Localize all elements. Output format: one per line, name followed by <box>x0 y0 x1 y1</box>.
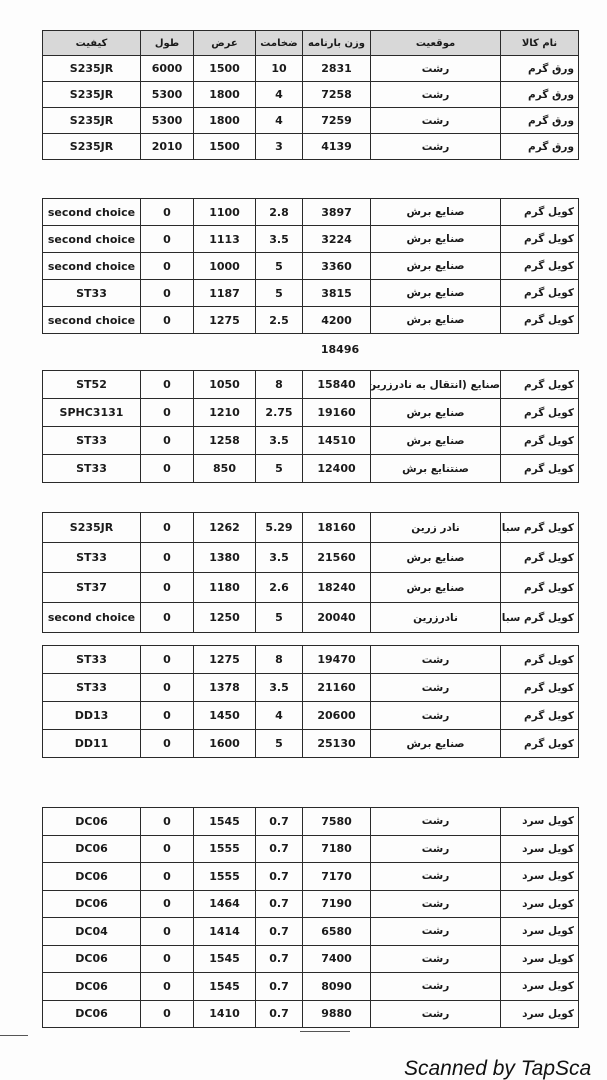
cell-length: 0 <box>141 808 194 836</box>
cell-width: 1555 <box>194 835 256 863</box>
cell-waybill-weight: 21160 <box>303 674 371 702</box>
cell-thickness: 8 <box>256 371 303 399</box>
cell-width: 1250 <box>194 603 256 633</box>
table-row: second choice012752.54200صنایع برشکویل گ… <box>43 307 579 334</box>
cell-product-name: کویل گرم <box>501 702 579 730</box>
cell-length: 0 <box>141 1000 194 1028</box>
cell-waybill-weight: 20600 <box>303 702 371 730</box>
table-row: DC06014640.77190رشتکویل سرد <box>43 890 579 918</box>
cell-grade: SPHC3131 <box>43 399 141 427</box>
table-row: second choice011002.83897صنایع برشکویل گ… <box>43 199 579 226</box>
cell-grade: ST33 <box>43 455 141 483</box>
cell-product-name: کویل سرد <box>501 918 579 946</box>
cell-product-name: کویل گرم <box>501 730 579 758</box>
cell-product-name: کویل گرم <box>501 543 579 573</box>
scan-artifact-line <box>300 1031 350 1032</box>
cell-product-name: کویل گرم <box>501 399 579 427</box>
cell-location: رشت <box>371 82 501 108</box>
cell-waybill-weight: 19470 <box>303 646 371 674</box>
cell-width: 1100 <box>194 199 256 226</box>
cell-thickness: 0.7 <box>256 835 303 863</box>
cell-product-name: کویل سرد <box>501 973 579 1001</box>
cell-thickness: 3.5 <box>256 226 303 253</box>
table-row: ST33013783.521160رشتکویل گرم <box>43 674 579 702</box>
cell-product-name: ورق گرم <box>501 82 579 108</box>
table-row: DC06015550.77180رشتکویل سرد <box>43 835 579 863</box>
cell-product-name: کویل گرم <box>501 280 579 307</box>
cell-waybill-weight: 2831 <box>303 56 371 82</box>
cell-location: صنایع برش <box>371 253 501 280</box>
cell-grade: second choice <box>43 307 141 334</box>
cell-length: 6000 <box>141 56 194 82</box>
cell-width: 1450 <box>194 702 256 730</box>
table-row: ST33012583.514510صنایع برشکویل گرم <box>43 427 579 455</box>
cell-grade: second choice <box>43 226 141 253</box>
cell-width: 1500 <box>194 134 256 160</box>
header-row: کیفیت طول عرض ضخامت وزن بارنامه موقعیت ن… <box>43 31 579 56</box>
table-row: S235JR5300180047258رشتورق گرم <box>43 82 579 108</box>
cell-grade: ST33 <box>43 646 141 674</box>
cell-waybill-weight: 20040 <box>303 603 371 633</box>
cell-thickness: 4 <box>256 702 303 730</box>
table-row: second choice0100053360صنایع برشکویل گرم <box>43 253 579 280</box>
cell-thickness: 3.5 <box>256 674 303 702</box>
table-hot-coil-3: S235JR012625.2918160نادر زرینکویل گرم سب… <box>42 512 579 633</box>
cell-length: 0 <box>141 399 194 427</box>
cell-product-name: کویل گرم سبا <box>501 603 579 633</box>
cell-waybill-weight: 7259 <box>303 108 371 134</box>
cell-waybill-weight: 8090 <box>303 973 371 1001</box>
table-row: DD1101600525130صنایع برشکویل گرم <box>43 730 579 758</box>
cell-width: 1414 <box>194 918 256 946</box>
table-row: ST37011802.618240صنایع برشکویل گرم <box>43 573 579 603</box>
cell-grade: S235JR <box>43 108 141 134</box>
cell-length: 0 <box>141 918 194 946</box>
cell-length: 0 <box>141 455 194 483</box>
cell-grade: DD11 <box>43 730 141 758</box>
cell-location: رشت <box>371 973 501 1001</box>
cell-width: 1187 <box>194 280 256 307</box>
cell-width: 1050 <box>194 371 256 399</box>
cell-waybill-weight: 3897 <box>303 199 371 226</box>
table-hot-sheet: کیفیت طول عرض ضخامت وزن بارنامه موقعیت ن… <box>42 30 579 160</box>
cell-waybill-weight: 7190 <box>303 890 371 918</box>
table-row: S235JR012625.2918160نادر زرینکویل گرم سب… <box>43 513 579 543</box>
table-row: S235JR2010150034139رشتورق گرم <box>43 134 579 160</box>
cell-length: 0 <box>141 280 194 307</box>
table-row: ST330850512400صنتنایع برشکویل گرم <box>43 455 579 483</box>
cell-length: 0 <box>141 226 194 253</box>
table-row: ST33013803.521560صنایع برشکویل گرم <box>43 543 579 573</box>
cell-product-name: کویل سرد <box>501 863 579 891</box>
cell-waybill-weight: 3224 <box>303 226 371 253</box>
cell-location: صنایع (انتقال به نادرزرین) <box>371 371 501 399</box>
cell-product-name: کویل گرم <box>501 455 579 483</box>
cell-location: صنایع برش <box>371 280 501 307</box>
cell-product-name: کویل گرم <box>501 253 579 280</box>
cell-thickness: 0.7 <box>256 863 303 891</box>
table-row: DC04014140.76580رشتکویل سرد <box>43 918 579 946</box>
cell-product-name: کویل سرد <box>501 1000 579 1028</box>
cell-thickness: 0.7 <box>256 973 303 1001</box>
cell-location: صنایع برش <box>371 226 501 253</box>
cell-location: رشت <box>371 134 501 160</box>
cell-width: 1800 <box>194 82 256 108</box>
cell-thickness: 5 <box>256 730 303 758</box>
cell-grade: ST33 <box>43 674 141 702</box>
cell-width: 1545 <box>194 973 256 1001</box>
cell-grade: DD13 <box>43 702 141 730</box>
cell-thickness: 3.5 <box>256 427 303 455</box>
header-grade: کیفیت <box>43 31 141 56</box>
cell-location: رشت <box>371 1000 501 1028</box>
cell-width: 1275 <box>194 646 256 674</box>
cell-location: صنایع برش <box>371 730 501 758</box>
header-waybill-weight: وزن بارنامه <box>303 31 371 56</box>
cell-length: 0 <box>141 371 194 399</box>
cell-width: 1545 <box>194 808 256 836</box>
cell-waybill-weight: 15840 <box>303 371 371 399</box>
cell-location: نادر زرین <box>371 513 501 543</box>
header-width: عرض <box>194 31 256 56</box>
cell-location: صنایع برش <box>371 427 501 455</box>
header-thickness: ضخامت <box>256 31 303 56</box>
cell-location: صنایع برش <box>371 307 501 334</box>
cell-thickness: 0.7 <box>256 808 303 836</box>
cell-width: 1180 <box>194 573 256 603</box>
cell-grade: second choice <box>43 253 141 280</box>
cell-thickness: 5 <box>256 253 303 280</box>
table-row: ST3301275819470رشتکویل گرم <box>43 646 579 674</box>
cell-waybill-weight: 7400 <box>303 945 371 973</box>
cell-location: رشت <box>371 808 501 836</box>
cell-waybill-weight: 4200 <box>303 307 371 334</box>
cell-grade: DC06 <box>43 835 141 863</box>
cell-thickness: 4 <box>256 82 303 108</box>
cell-thickness: 5 <box>256 280 303 307</box>
cell-location: رشت <box>371 646 501 674</box>
cell-grade: second choice <box>43 603 141 633</box>
cell-grade: ST33 <box>43 427 141 455</box>
cell-location: صنایع برش <box>371 573 501 603</box>
cell-waybill-weight: 7170 <box>303 863 371 891</box>
cell-waybill-weight: 3815 <box>303 280 371 307</box>
cell-length: 0 <box>141 513 194 543</box>
cell-thickness: 5.29 <box>256 513 303 543</box>
table-row: DC06015450.77400رشتکویل سرد <box>43 945 579 973</box>
cell-length: 0 <box>141 603 194 633</box>
cell-waybill-weight: 12400 <box>303 455 371 483</box>
cell-length: 0 <box>141 307 194 334</box>
header-product-name: نام کالا <box>501 31 579 56</box>
cell-length: 0 <box>141 674 194 702</box>
cell-grade: S235JR <box>43 82 141 108</box>
table-row: second choice01250520040نادرزرینکویل گرم… <box>43 603 579 633</box>
cell-waybill-weight: 14510 <box>303 427 371 455</box>
cell-waybill-weight: 7180 <box>303 835 371 863</box>
cell-length: 5300 <box>141 82 194 108</box>
cell-width: 1258 <box>194 427 256 455</box>
scanner-watermark: Scanned by TapSca <box>404 1057 591 1080</box>
table-row: DC06014100.79880رشتکویل سرد <box>43 1000 579 1028</box>
table-row: S235JR60001500102831رشتورق گرم <box>43 56 579 82</box>
cell-thickness: 0.7 <box>256 890 303 918</box>
cell-waybill-weight: 21560 <box>303 543 371 573</box>
cell-width: 1464 <box>194 890 256 918</box>
cell-width: 850 <box>194 455 256 483</box>
subtotal-weight: 18496 <box>310 343 370 356</box>
cell-grade: S235JR <box>43 134 141 160</box>
cell-product-name: کویل گرم <box>501 427 579 455</box>
cell-waybill-weight: 7258 <box>303 82 371 108</box>
table-row: SPHC3131012102.7519160صنایع برشکویل گرم <box>43 399 579 427</box>
cell-location: رشت <box>371 108 501 134</box>
cell-grade: DC06 <box>43 973 141 1001</box>
cell-product-name: ورق گرم <box>501 134 579 160</box>
cell-product-name: کویل سرد <box>501 808 579 836</box>
cell-length: 0 <box>141 945 194 973</box>
cell-thickness: 4 <box>256 108 303 134</box>
cell-product-name: ورق گرم <box>501 108 579 134</box>
cell-grade: ST33 <box>43 280 141 307</box>
cell-length: 0 <box>141 573 194 603</box>
cell-length: 0 <box>141 646 194 674</box>
cell-length: 0 <box>141 730 194 758</box>
cell-waybill-weight: 25130 <box>303 730 371 758</box>
cell-width: 1410 <box>194 1000 256 1028</box>
cell-width: 1500 <box>194 56 256 82</box>
cell-location: رشت <box>371 863 501 891</box>
cell-location: رشت <box>371 945 501 973</box>
cell-length: 0 <box>141 702 194 730</box>
cell-product-name: ورق گرم <box>501 56 579 82</box>
table-row: DD1301450420600رشتکویل گرم <box>43 702 579 730</box>
cell-width: 1262 <box>194 513 256 543</box>
cell-waybill-weight: 19160 <box>303 399 371 427</box>
cell-thickness: 2.6 <box>256 573 303 603</box>
cell-grade: S235JR <box>43 56 141 82</box>
cell-location: نادرزرین <box>371 603 501 633</box>
cell-waybill-weight: 18160 <box>303 513 371 543</box>
cell-grade: second choice <box>43 199 141 226</box>
cell-length: 0 <box>141 427 194 455</box>
cell-width: 1545 <box>194 945 256 973</box>
cell-thickness: 2.8 <box>256 199 303 226</box>
cell-grade: DC06 <box>43 808 141 836</box>
table-hot-coil-1: second choice011002.83897صنایع برشکویل گ… <box>42 198 579 334</box>
cell-product-name: کویل سرد <box>501 835 579 863</box>
cell-product-name: کویل گرم <box>501 646 579 674</box>
header-length: طول <box>141 31 194 56</box>
table-row: DC06015450.77580رشتکویل سرد <box>43 808 579 836</box>
cell-location: صنایع برش <box>371 399 501 427</box>
cell-waybill-weight: 4139 <box>303 134 371 160</box>
cell-product-name: کویل گرم سبا <box>501 513 579 543</box>
cell-location: رشت <box>371 835 501 863</box>
cell-width: 1000 <box>194 253 256 280</box>
cell-product-name: کویل سرد <box>501 945 579 973</box>
cell-width: 1378 <box>194 674 256 702</box>
cell-thickness: 5 <box>256 603 303 633</box>
table-row: S235JR5300180047259رشتورق گرم <box>43 108 579 134</box>
cell-width: 1113 <box>194 226 256 253</box>
cell-width: 1800 <box>194 108 256 134</box>
cell-product-name: کویل گرم <box>501 226 579 253</box>
cell-width: 1380 <box>194 543 256 573</box>
table-cold-coil: DC06015450.77580رشتکویل سردDC06015550.77… <box>42 807 579 1028</box>
cell-location: رشت <box>371 674 501 702</box>
cell-thickness: 0.7 <box>256 1000 303 1028</box>
cell-grade: S235JR <box>43 513 141 543</box>
table-row: DC06015450.78090رشتکویل سرد <box>43 973 579 1001</box>
cell-waybill-weight: 18240 <box>303 573 371 603</box>
cell-location: صنایع برش <box>371 199 501 226</box>
cell-width: 1555 <box>194 863 256 891</box>
cell-length: 0 <box>141 863 194 891</box>
cell-thickness: 3.5 <box>256 543 303 573</box>
table-row: second choice011133.53224صنایع برشکویل گ… <box>43 226 579 253</box>
table-row: ST330118753815صنایع برشکویل گرم <box>43 280 579 307</box>
cell-grade: ST37 <box>43 573 141 603</box>
cell-thickness: 0.7 <box>256 945 303 973</box>
cell-grade: ST33 <box>43 543 141 573</box>
cell-width: 1210 <box>194 399 256 427</box>
cell-thickness: 8 <box>256 646 303 674</box>
cell-grade: DC04 <box>43 918 141 946</box>
cell-thickness: 3 <box>256 134 303 160</box>
cell-grade: ST52 <box>43 371 141 399</box>
cell-product-name: کویل گرم <box>501 199 579 226</box>
cell-grade: DC06 <box>43 863 141 891</box>
cell-product-name: کویل گرم <box>501 307 579 334</box>
scan-artifact-line <box>0 1035 28 1036</box>
cell-product-name: کویل گرم <box>501 674 579 702</box>
cell-waybill-weight: 3360 <box>303 253 371 280</box>
cell-waybill-weight: 9880 <box>303 1000 371 1028</box>
cell-length: 0 <box>141 890 194 918</box>
header-location: موقعیت <box>371 31 501 56</box>
cell-grade: DC06 <box>43 945 141 973</box>
cell-location: رشت <box>371 702 501 730</box>
table-hot-coil-4: ST3301275819470رشتکویل گرمST33013783.521… <box>42 645 579 758</box>
cell-width: 1600 <box>194 730 256 758</box>
cell-length: 0 <box>141 973 194 1001</box>
cell-location: صنتنایع برش <box>371 455 501 483</box>
cell-length: 0 <box>141 199 194 226</box>
cell-width: 1275 <box>194 307 256 334</box>
cell-product-name: کویل گرم <box>501 573 579 603</box>
cell-length: 0 <box>141 835 194 863</box>
cell-location: رشت <box>371 890 501 918</box>
cell-product-name: کویل سرد <box>501 890 579 918</box>
cell-grade: DC06 <box>43 890 141 918</box>
cell-location: رشت <box>371 56 501 82</box>
cell-length: 0 <box>141 253 194 280</box>
cell-location: رشت <box>371 918 501 946</box>
cell-location: صنایع برش <box>371 543 501 573</box>
cell-grade: DC06 <box>43 1000 141 1028</box>
cell-length: 0 <box>141 543 194 573</box>
table-hot-coil-2: ST5201050815840صنایع (انتقال به نادرزرین… <box>42 370 579 483</box>
cell-thickness: 2.75 <box>256 399 303 427</box>
cell-waybill-weight: 7580 <box>303 808 371 836</box>
table-row: ST5201050815840صنایع (انتقال به نادرزرین… <box>43 371 579 399</box>
table-row: DC06015550.77170رشتکویل سرد <box>43 863 579 891</box>
cell-length: 5300 <box>141 108 194 134</box>
cell-length: 2010 <box>141 134 194 160</box>
cell-product-name: کویل گرم <box>501 371 579 399</box>
cell-thickness: 0.7 <box>256 918 303 946</box>
cell-thickness: 10 <box>256 56 303 82</box>
cell-thickness: 2.5 <box>256 307 303 334</box>
cell-thickness: 5 <box>256 455 303 483</box>
cell-waybill-weight: 6580 <box>303 918 371 946</box>
